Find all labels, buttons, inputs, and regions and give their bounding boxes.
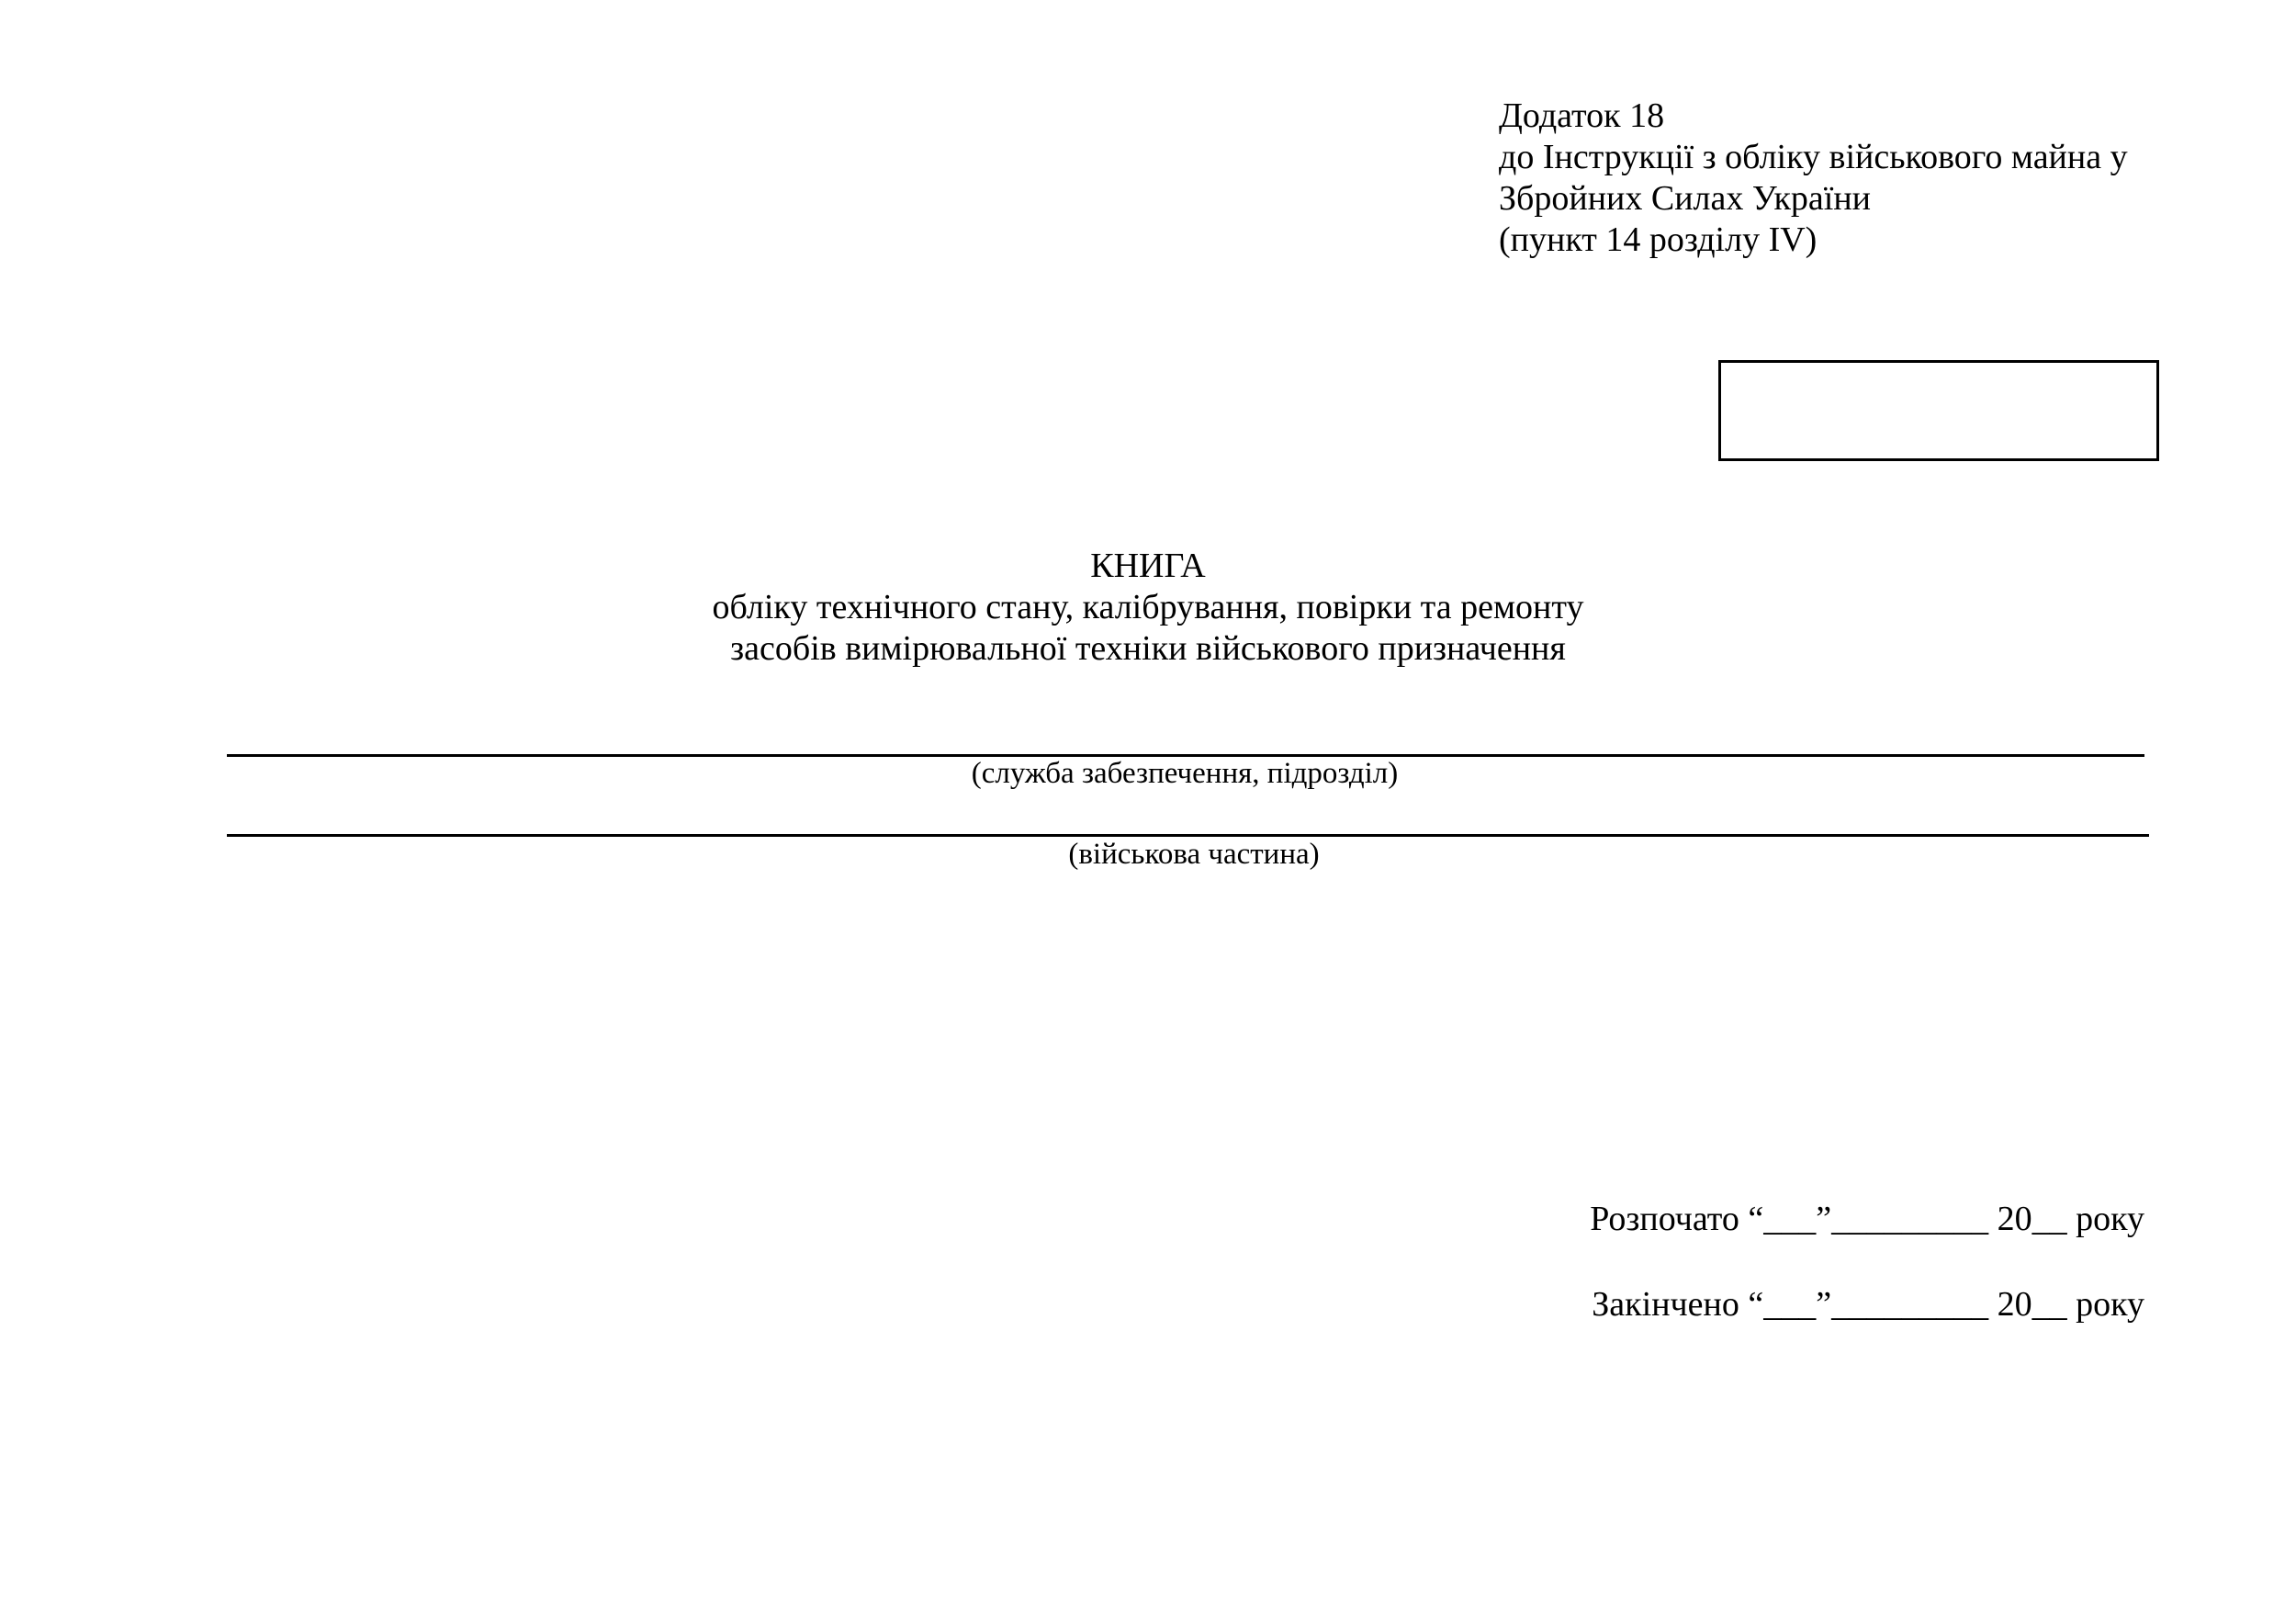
appendix-clause: (пункт 14 розділу IV) bbox=[1499, 220, 2128, 261]
title-subtitle-line-2: засобів вимірювальної техніки військовог… bbox=[0, 628, 2296, 670]
appendix-number: Додаток 18 bbox=[1499, 96, 2128, 137]
military-unit-field[interactable] bbox=[227, 834, 2149, 837]
title-heading: КНИГА bbox=[0, 546, 2296, 587]
date-block: Розпочато “___”_________ 20__ року Закін… bbox=[1590, 1199, 2144, 1370]
military-unit-caption: (військова частина) bbox=[0, 838, 2296, 872]
appendix-instruction: до Інструкції з обліку військового майна… bbox=[1499, 137, 2128, 178]
appendix-organization: Збройних Силах України bbox=[1499, 178, 2128, 220]
end-date-field[interactable]: Закінчено “___”_________ 20__ року bbox=[1590, 1284, 2144, 1370]
document-title: КНИГА обліку технічного стану, калібрува… bbox=[0, 546, 2296, 670]
appendix-reference: Додаток 18 до Інструкції з обліку військ… bbox=[1499, 96, 2128, 261]
start-date-field[interactable]: Розпочато “___”_________ 20__ року bbox=[1590, 1199, 2144, 1284]
registration-number-box[interactable] bbox=[1718, 360, 2159, 461]
title-subtitle-line-1: обліку технічного стану, калібрування, п… bbox=[0, 587, 2296, 628]
service-unit-caption: (служба забезпечення, підрозділ) bbox=[0, 757, 2296, 791]
